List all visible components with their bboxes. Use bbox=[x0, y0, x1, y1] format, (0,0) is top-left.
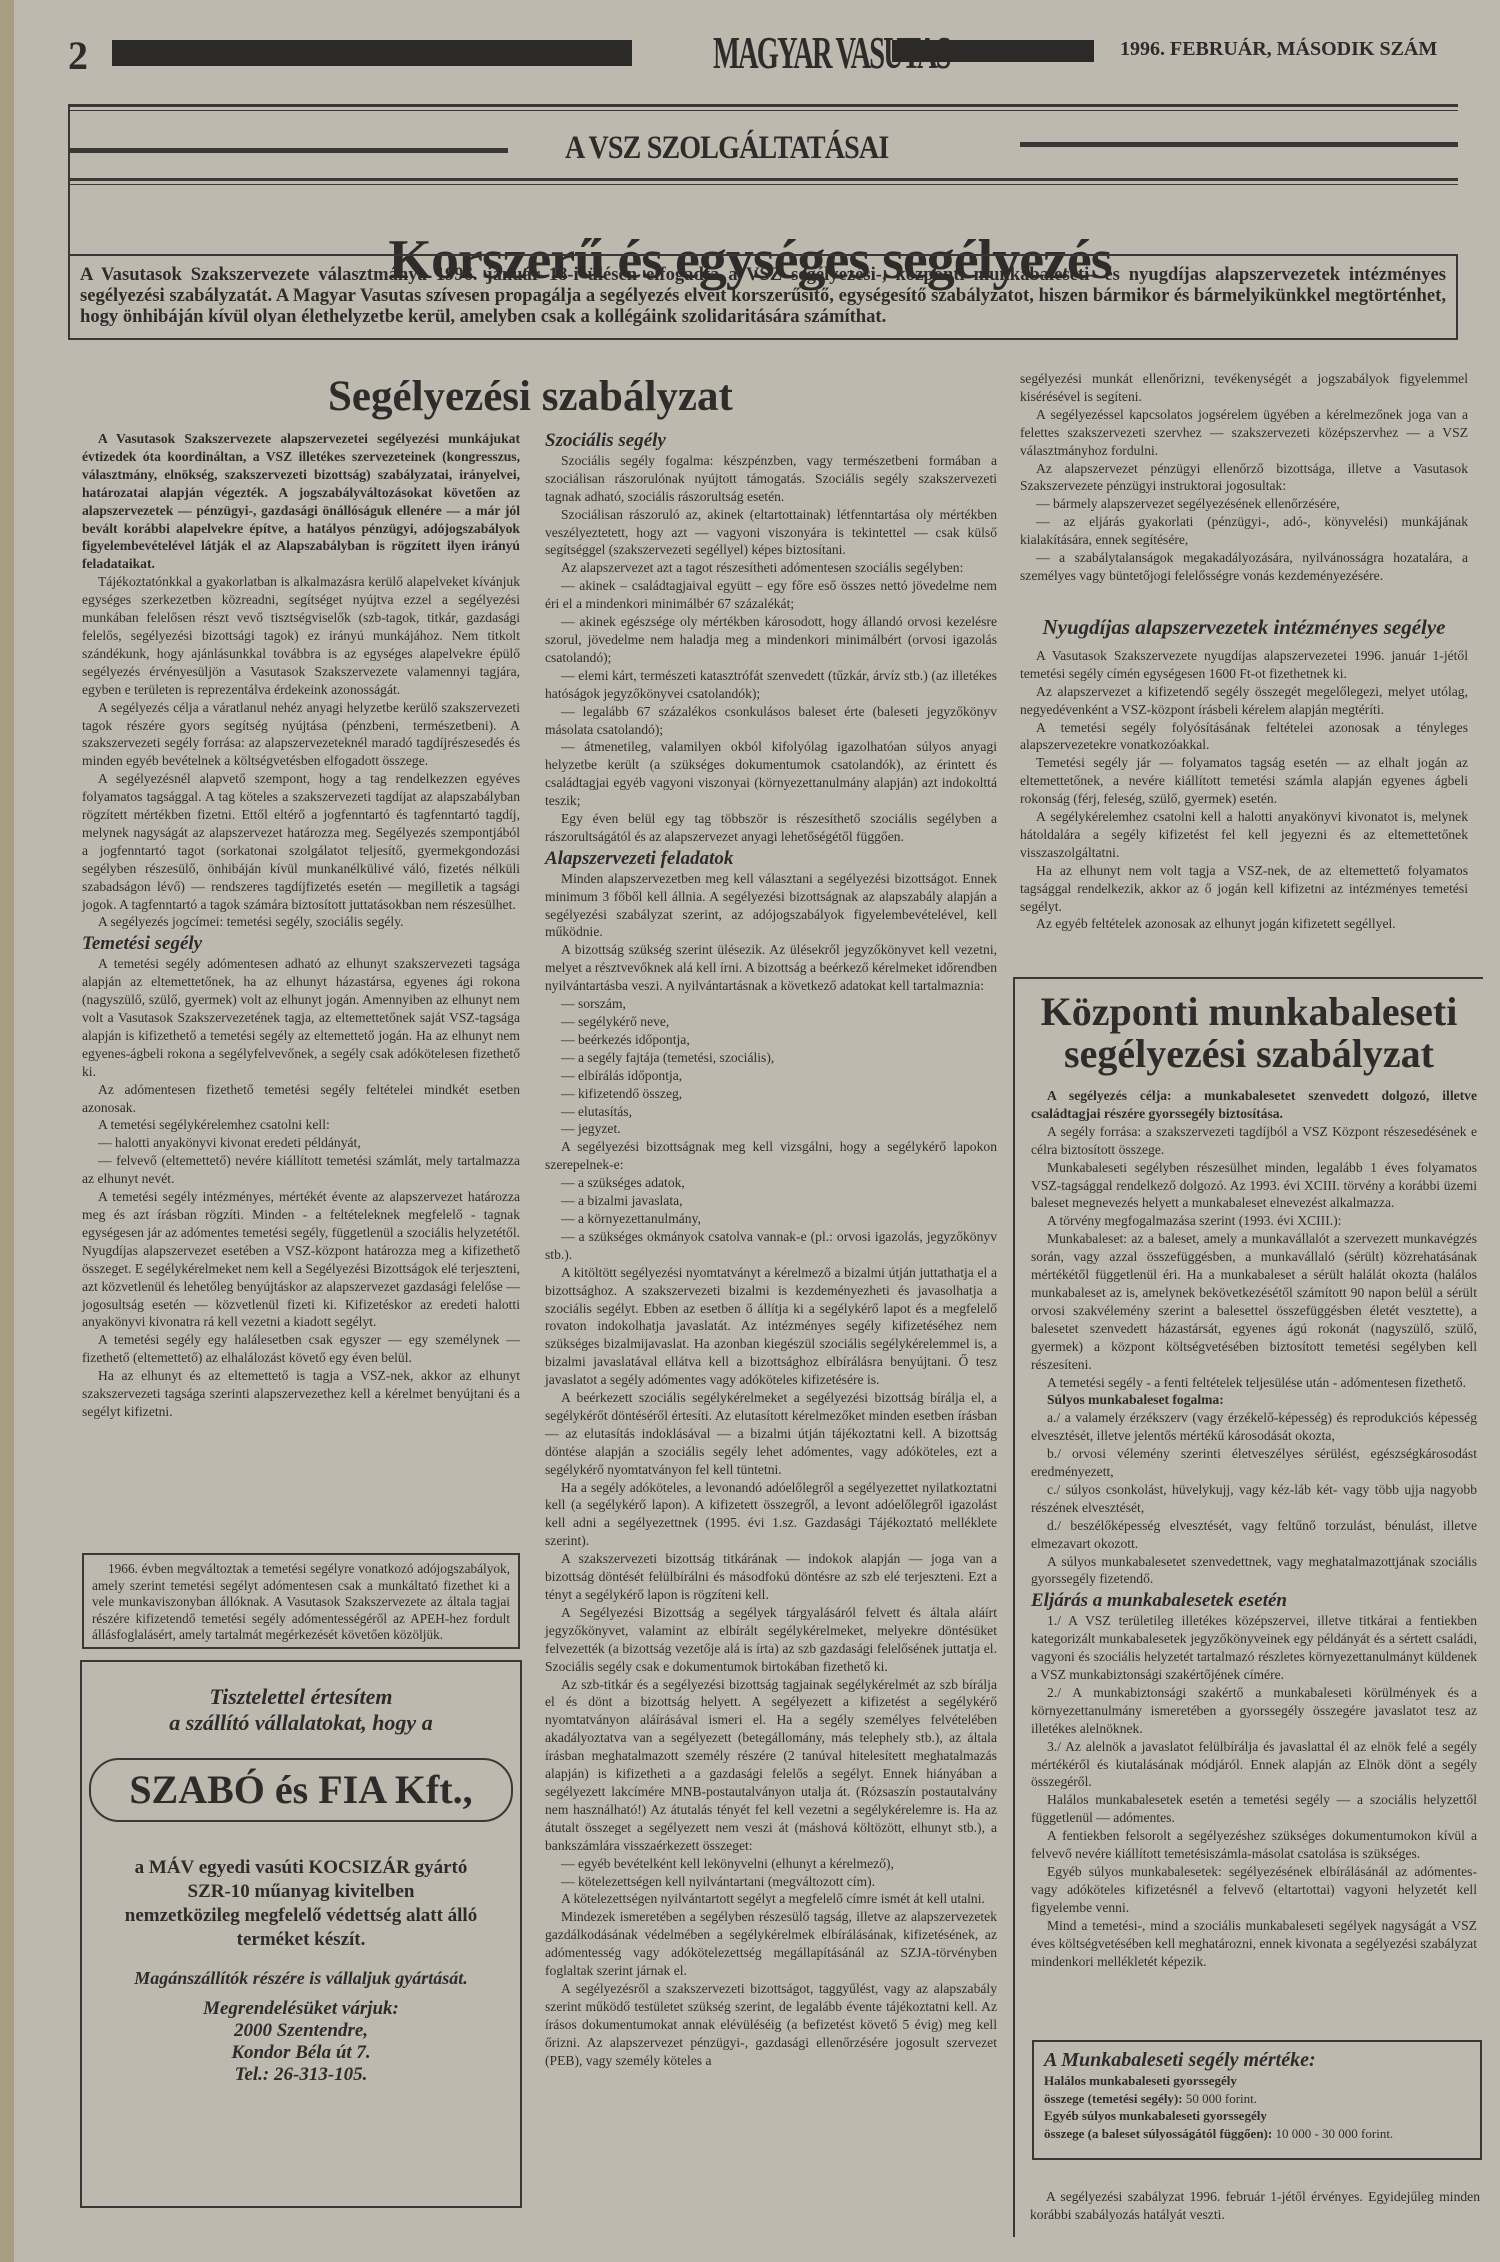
subheading-temetesi: Temetési segély bbox=[82, 935, 520, 953]
list-item: — az eljárás gyakorlati (pénzügyi-, adó-… bbox=[1020, 513, 1468, 549]
ad-order: Megrendelésüket várjuk: bbox=[82, 1998, 520, 2020]
ad-body-4: terméket készít. bbox=[82, 1928, 520, 1952]
list-item: — kötelezettségen kell nyilvántartani (m… bbox=[545, 1873, 997, 1891]
ad-address-2: Kondor Béla út 7. bbox=[82, 2042, 520, 2064]
note-text: 1966. évben megváltoztak a temetési segé… bbox=[92, 1561, 510, 1644]
paragraph: A segélyezés jogcímei: temetési segély, … bbox=[82, 913, 520, 931]
paragraph: A temetési segély folyósításának feltéte… bbox=[1020, 719, 1468, 755]
lead-box: A Vasutasok Szakszervezete választmánya … bbox=[68, 254, 1458, 340]
note-box: 1966. évben megváltoztak a temetési segé… bbox=[82, 1553, 520, 1649]
list-item: — jegyzet. bbox=[545, 1120, 997, 1138]
paragraph: Halálos munkabalesetek esetén a temetési… bbox=[1031, 1791, 1477, 1827]
kozponti-title: Központi munkabaleseti segélyezési szabá… bbox=[1015, 991, 1483, 1075]
mertek-label-3: Egyéb súlyos munkabaleseti gyorssegély bbox=[1044, 2108, 1267, 2123]
paragraph: A temetési segély egy halálesetben csak … bbox=[82, 1331, 520, 1367]
page-edge bbox=[0, 0, 14, 2262]
mertek-heading: A Munkabaleseti segély mértéke: bbox=[1044, 2048, 1470, 2072]
list-item: c./ súlyos csonkolást, hüvelykujj, vagy … bbox=[1031, 1481, 1477, 1517]
paragraph: A súlyos munkabalesetet szenvedettnek, v… bbox=[1031, 1553, 1477, 1589]
list-item: — elbírálás időpontja, bbox=[545, 1067, 997, 1085]
paragraph: A temetési segély adómentesen adható az … bbox=[82, 955, 520, 1080]
paragraph: A segély forrása: a szakszervezeti tagdí… bbox=[1031, 1123, 1477, 1159]
mertek-label-1: Halálos munkabaleseti gyorssegély bbox=[1044, 2073, 1237, 2088]
issue-date: 1996. FEBRUÁR, MÁSODIK SZÁM bbox=[1120, 38, 1437, 61]
paragraph: Mind a temetési-, mind a szociális munka… bbox=[1031, 1917, 1477, 1971]
advertisement: Tisztelettel értesítem a szállító vállal… bbox=[80, 1660, 522, 2208]
frame-rule-mid-thin bbox=[68, 184, 1458, 185]
paragraph: Az egyéb feltételek azonosak az elhunyt … bbox=[1020, 915, 1468, 933]
page-number: 2 bbox=[68, 32, 88, 79]
article-title: Segélyezési szabályzat bbox=[328, 372, 733, 421]
ad-address-1: 2000 Szentendre, bbox=[82, 2020, 520, 2042]
list-item: — a szükséges adatok, bbox=[545, 1174, 997, 1192]
section-label: A VSZ SZOLGÁLTATÁSAI bbox=[565, 130, 888, 167]
paragraph: Az alapszervezet a kifizetendő segély ös… bbox=[1020, 683, 1468, 719]
paragraph: A kitöltött segélyezési nyomtatványt a k… bbox=[545, 1264, 997, 1389]
ad-body-1: a MÁV egyedi vasúti KOCSIZÁR gyártó bbox=[82, 1856, 520, 1880]
list-item: — a szabálytalanságok megakadályozására,… bbox=[1020, 549, 1468, 585]
ad-body-2: SZR-10 műanyag kivitelben bbox=[82, 1880, 520, 1904]
masthead-bar-right bbox=[892, 40, 1094, 62]
paragraph: A segélyezés célja a váratlanul nehéz an… bbox=[82, 699, 520, 771]
list-item: — akinek egészsége oly mértékben károsod… bbox=[545, 613, 997, 667]
paragraph: A bizottság szükség szerint ülésezik. Az… bbox=[545, 941, 997, 995]
list-item: 2./ A munkabiztonsági szakértő a munkaba… bbox=[1031, 1684, 1477, 1738]
list-item: a./ a valamely érzékszerv (vagy érzékelő… bbox=[1031, 1409, 1477, 1445]
paragraph: Tájékoztatónkkal a gyakorlatban is alkal… bbox=[82, 573, 520, 698]
list-item: — beérkezés időpontja, bbox=[545, 1031, 997, 1049]
column-1: A Vasutasok Szakszervezete alapszervezet… bbox=[82, 430, 520, 1421]
paragraph: A temetési segélykérelemhez csatolni kel… bbox=[82, 1116, 520, 1134]
paragraph: A szakszervezeti bizottság titkárának — … bbox=[545, 1550, 997, 1604]
mertek-label-4: összege (a baleset súlyosságától függően… bbox=[1044, 2126, 1272, 2141]
paragraph: A kötelezettségen nyilvántartott segélyt… bbox=[545, 1890, 997, 1908]
frame-rule-top-thin bbox=[68, 110, 1458, 111]
list-item: — legalább 67 százalékos csonkulásos bal… bbox=[545, 703, 997, 739]
list-item: — bármely alapszervezet segélyezésének e… bbox=[1020, 495, 1468, 513]
paragraph: A segélyezésről a szakszervezeti bizotts… bbox=[545, 1980, 997, 2070]
paragraph: Munkabaleset: az a baleset, amely a munk… bbox=[1031, 1230, 1477, 1373]
column-2: Szociális segély Szociális segély fogalm… bbox=[545, 432, 997, 2069]
company-name: SZABÓ és FIA Kft., bbox=[89, 1758, 513, 1822]
paragraph: A temetési segély intézményes, mértékét … bbox=[82, 1188, 520, 1331]
ad-line-1: Tisztelettel értesítem bbox=[82, 1684, 520, 1710]
list-item: — átmenetileg, valamilyen okból kifolyól… bbox=[545, 738, 997, 810]
paragraph: A segélyezés célja: a munkabalesetet sze… bbox=[1031, 1087, 1477, 1123]
list-item: — a szükséges okmányok csatolva vannak-e… bbox=[545, 1228, 997, 1264]
mertek-box: A Munkabaleseti segély mértéke: Halálos … bbox=[1032, 2040, 1482, 2160]
list-item: — sorszám, bbox=[545, 995, 997, 1013]
paragraph: Egyéb súlyos munkabalesetek: segélyezésé… bbox=[1031, 1863, 1477, 1917]
paragraph: Szociális segély fogalma: készpénzben, v… bbox=[545, 452, 997, 506]
intro-paragraph: A Vasutasok Szakszervezete alapszervezet… bbox=[82, 430, 520, 573]
paragraph: Minden alapszervezetben meg kell választ… bbox=[545, 870, 997, 942]
validity-text: A segélyezési szabályzat 1996. február 1… bbox=[1030, 2188, 1480, 2224]
column-3: segélyezési munkát ellenőrizni, tevékeny… bbox=[1020, 370, 1468, 933]
list-item: b./ orvosi vélemény szerinti életveszély… bbox=[1031, 1445, 1477, 1481]
list-item: — a segély fajtája (temetési, szociális)… bbox=[545, 1049, 997, 1067]
list-item: — a környezettanulmány, bbox=[545, 1210, 997, 1228]
list-item: — segélykérő neve, bbox=[545, 1013, 997, 1031]
list-item: — elemi kárt, természeti katasztrófát sz… bbox=[545, 667, 997, 703]
list-item: — elutasítás, bbox=[545, 1103, 997, 1121]
label-rule-right bbox=[1020, 142, 1458, 147]
paragraph: A temetési segély - a fenti feltételek t… bbox=[1031, 1374, 1477, 1392]
subheading-szocialis: Szociális segély bbox=[545, 432, 997, 450]
paragraph: Az szb-titkár és a segélyezési bizottság… bbox=[545, 1676, 997, 1855]
masthead-bar-left bbox=[112, 40, 632, 66]
ad-private: Magánszállítók részére is vállaljuk gyár… bbox=[82, 1966, 520, 1990]
subheading-alapszervezeti: Alapszervezeti feladatok bbox=[545, 850, 997, 868]
paragraph: Az adómentesen fizethető temetési segély… bbox=[82, 1081, 520, 1117]
list-item: d./ beszélőképesség elvesztését, vagy fe… bbox=[1031, 1517, 1477, 1553]
mertek-value-other: 10 000 - 30 000 forint. bbox=[1275, 2126, 1393, 2141]
paragraph: Ha a segély adóköteles, a levonandó adóe… bbox=[545, 1479, 997, 1551]
paragraph: Ha az elhunyt és az eltemettető is tagja… bbox=[82, 1367, 520, 1421]
paragraph: A segélyezéssel kapcsolatos jogsérelem ü… bbox=[1020, 406, 1468, 460]
paragraph: Munkabaleseti segélyben részesülhet mind… bbox=[1031, 1159, 1477, 1213]
newspaper-page: 2 MAGYAR VASUTAS 1996. FEBRUÁR, MÁSODIK … bbox=[0, 0, 1500, 2262]
paragraph: A segélyezésnél alapvető szempont, hogy … bbox=[82, 770, 520, 913]
paragraph: Az alapszervezet pénzügyi ellenőrző bizo… bbox=[1020, 460, 1468, 496]
paragraph: Szociálisan rászoruló az, akinek (eltart… bbox=[545, 506, 997, 560]
mertek-value-death: 50 000 forint. bbox=[1186, 2091, 1257, 2106]
paragraph: segélyezési munkát ellenőrizni, tevékeny… bbox=[1020, 370, 1468, 406]
kozponti-body: A segélyezés célja: a munkabalesetet sze… bbox=[1031, 1087, 1477, 1970]
masthead: 2 MAGYAR VASUTAS 1996. FEBRUÁR, MÁSODIK … bbox=[40, 18, 1480, 78]
paragraph: A beérkezett szociális segélykérelmeket … bbox=[545, 1389, 997, 1479]
paragraph: A törvény megfogalmazása szerint (1993. … bbox=[1031, 1212, 1477, 1230]
mertek-label-2: összege (temetési segély): bbox=[1044, 2091, 1183, 2106]
paragraph: Temetési segély jár — folyamatos tagság … bbox=[1020, 754, 1468, 808]
paragraph: Egy éven belül egy tag többször is része… bbox=[545, 810, 997, 846]
list-item: — akinek – családtagjaival együtt – egy … bbox=[545, 577, 997, 613]
frame-rule-top bbox=[68, 104, 1458, 107]
list-item: 3./ Az alelnök a javaslatot felülbírálja… bbox=[1031, 1738, 1477, 1792]
sulyos-heading: Súlyos munkabaleset fogalma: bbox=[1031, 1391, 1477, 1409]
validity-note: A segélyezési szabályzat 1996. február 1… bbox=[1030, 2188, 1480, 2224]
list-item: — kifizetendő összeg, bbox=[545, 1085, 997, 1103]
frame-rule-mid bbox=[68, 178, 1458, 181]
label-rule-left bbox=[68, 148, 508, 153]
subheading-nyugdijas: Nyugdíjas alapszervezetek intézményes se… bbox=[1020, 615, 1468, 639]
paragraph: A segélyezési bizottságnak meg kell vizs… bbox=[545, 1138, 997, 1174]
list-item: 1./ A VSZ területileg illetékes középsze… bbox=[1031, 1612, 1477, 1684]
paragraph: Mindezek ismeretében a segélyben részesü… bbox=[545, 1908, 997, 1980]
ad-line-2: a szállító vállalatokat, hogy a bbox=[82, 1710, 520, 1736]
paragraph: A segélykérelemhez csatolni kell a halot… bbox=[1020, 808, 1468, 862]
paragraph: A Segélyezési Bizottság a segélyek tárgy… bbox=[545, 1604, 997, 1676]
ad-phone: Tel.: 26-313-105. bbox=[82, 2064, 520, 2086]
subheading-eljaras: Eljárás a munkabalesetek esetén bbox=[1031, 1592, 1477, 1610]
paragraph: Ha az elhunyt nem volt tagja a VSZ-nek, … bbox=[1020, 862, 1468, 916]
paragraph: A Vasutasok Szakszervezete nyugdíjas ala… bbox=[1020, 647, 1468, 683]
list-item: — felvevő (eltemettető) nevére kiállítot… bbox=[82, 1152, 520, 1188]
paragraph: A fentiekben felsorolt a segélyezéshez s… bbox=[1031, 1827, 1477, 1863]
list-item: — a bizalmi javaslata, bbox=[545, 1192, 997, 1210]
list-item: — egyéb bevételként kell lekönyvelni (el… bbox=[545, 1855, 997, 1873]
paragraph: Az alapszervezet azt a tagot részesíthet… bbox=[545, 559, 997, 577]
list-item: — halotti anyakönyvi kivonat eredeti pél… bbox=[82, 1134, 520, 1152]
ad-body-3: nemzetközileg megfelelő védettség alatt … bbox=[82, 1904, 520, 1928]
